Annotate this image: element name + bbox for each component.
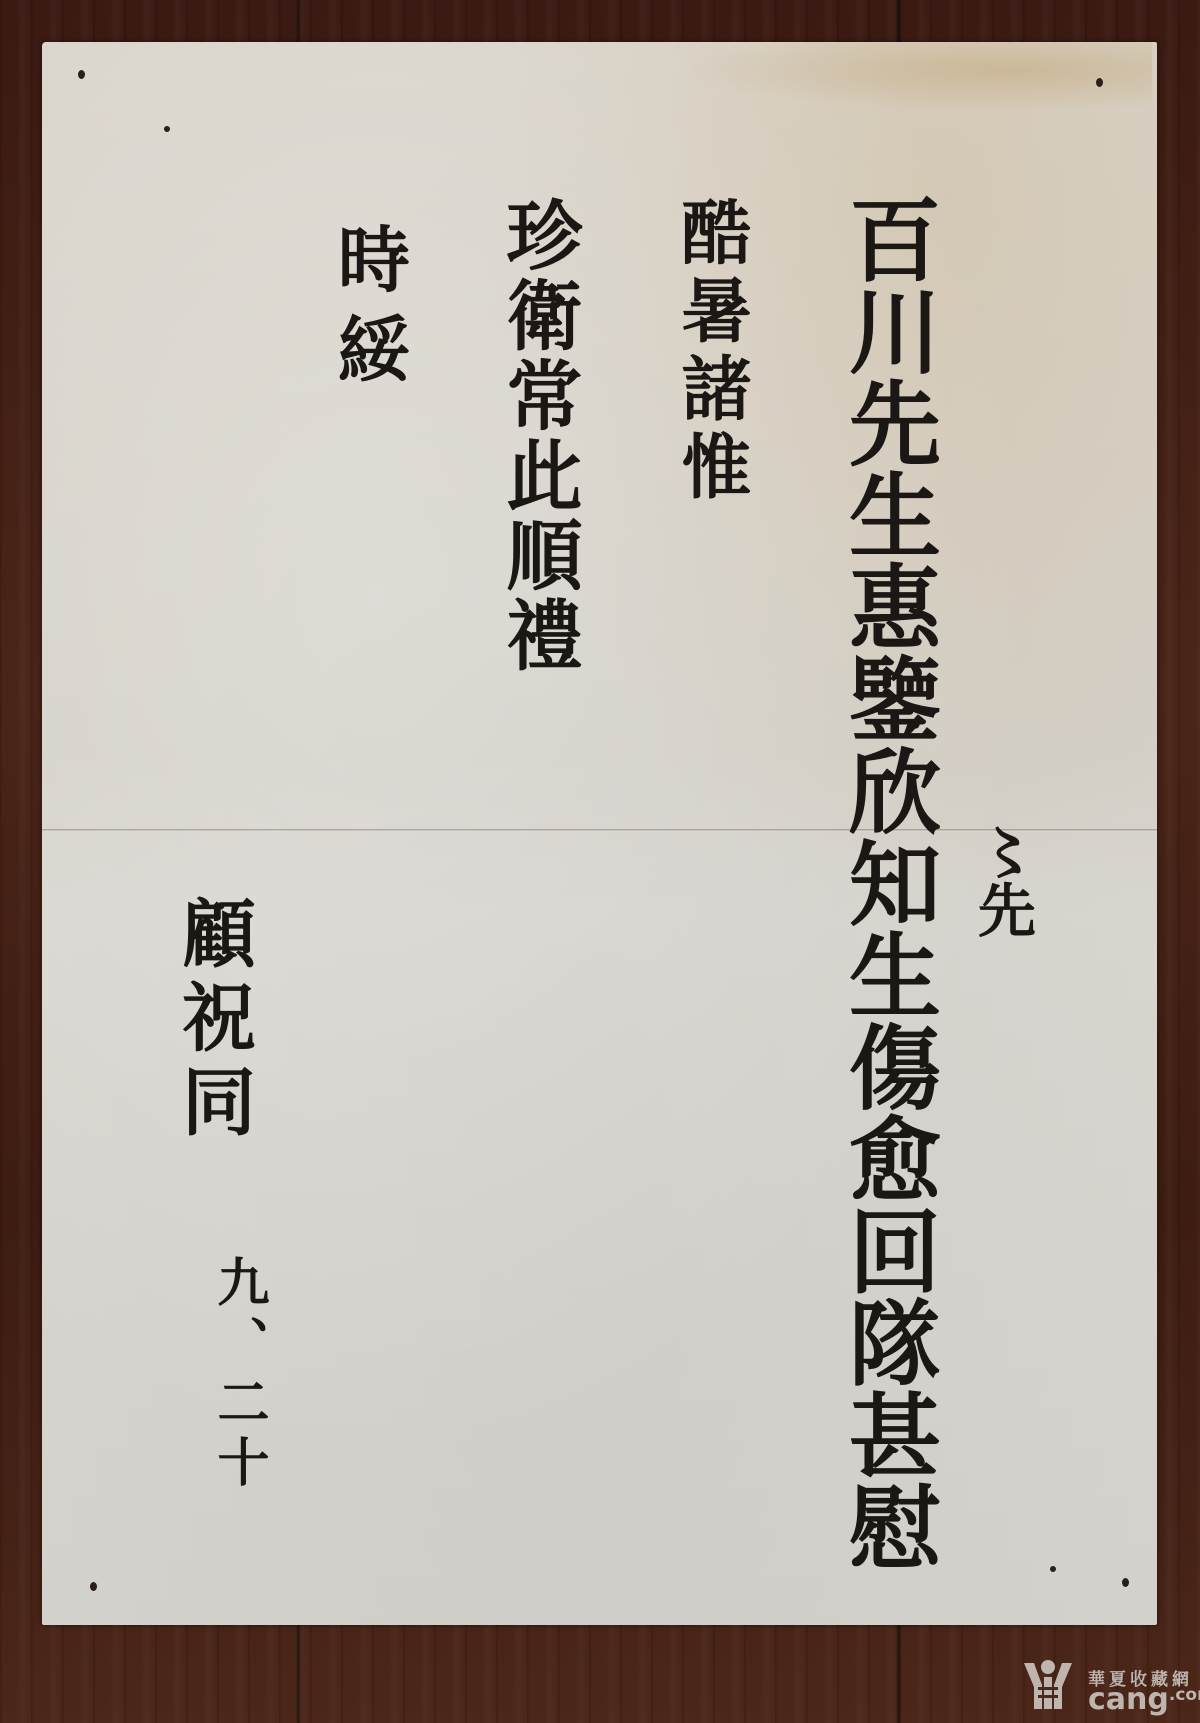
pin-hole <box>78 70 85 79</box>
pin-hole <box>1096 78 1103 87</box>
letter-column-salutation: 百川先生惠鑒欣知生傷愈回隊甚慰 <box>842 192 934 1572</box>
letter-date: 九、二十 <box>212 1255 264 1495</box>
letter-column-3: 珍衛常此順禮 <box>500 196 576 676</box>
pin-hole <box>1050 1566 1056 1572</box>
paper-stain <box>682 42 1152 112</box>
watermark-latin: cang.com <box>1088 1685 1200 1715</box>
letter-column-4: 時綏 <box>332 222 404 402</box>
pin-hole <box>164 126 170 132</box>
signature: 顧祝同 <box>176 895 250 1147</box>
letter-column-2: 酷暑諸惟 <box>676 196 746 508</box>
watermark: 華夏收藏網 cang.com <box>1022 1655 1197 1715</box>
cang-logo-icon <box>1022 1657 1074 1711</box>
pin-hole <box>1122 1578 1129 1587</box>
watermark-dotcom: .com <box>1169 1685 1200 1705</box>
letter-annotation: 〻先 <box>960 822 1044 938</box>
pin-hole <box>90 1582 97 1591</box>
watermark-cang: cang <box>1088 1682 1169 1717</box>
